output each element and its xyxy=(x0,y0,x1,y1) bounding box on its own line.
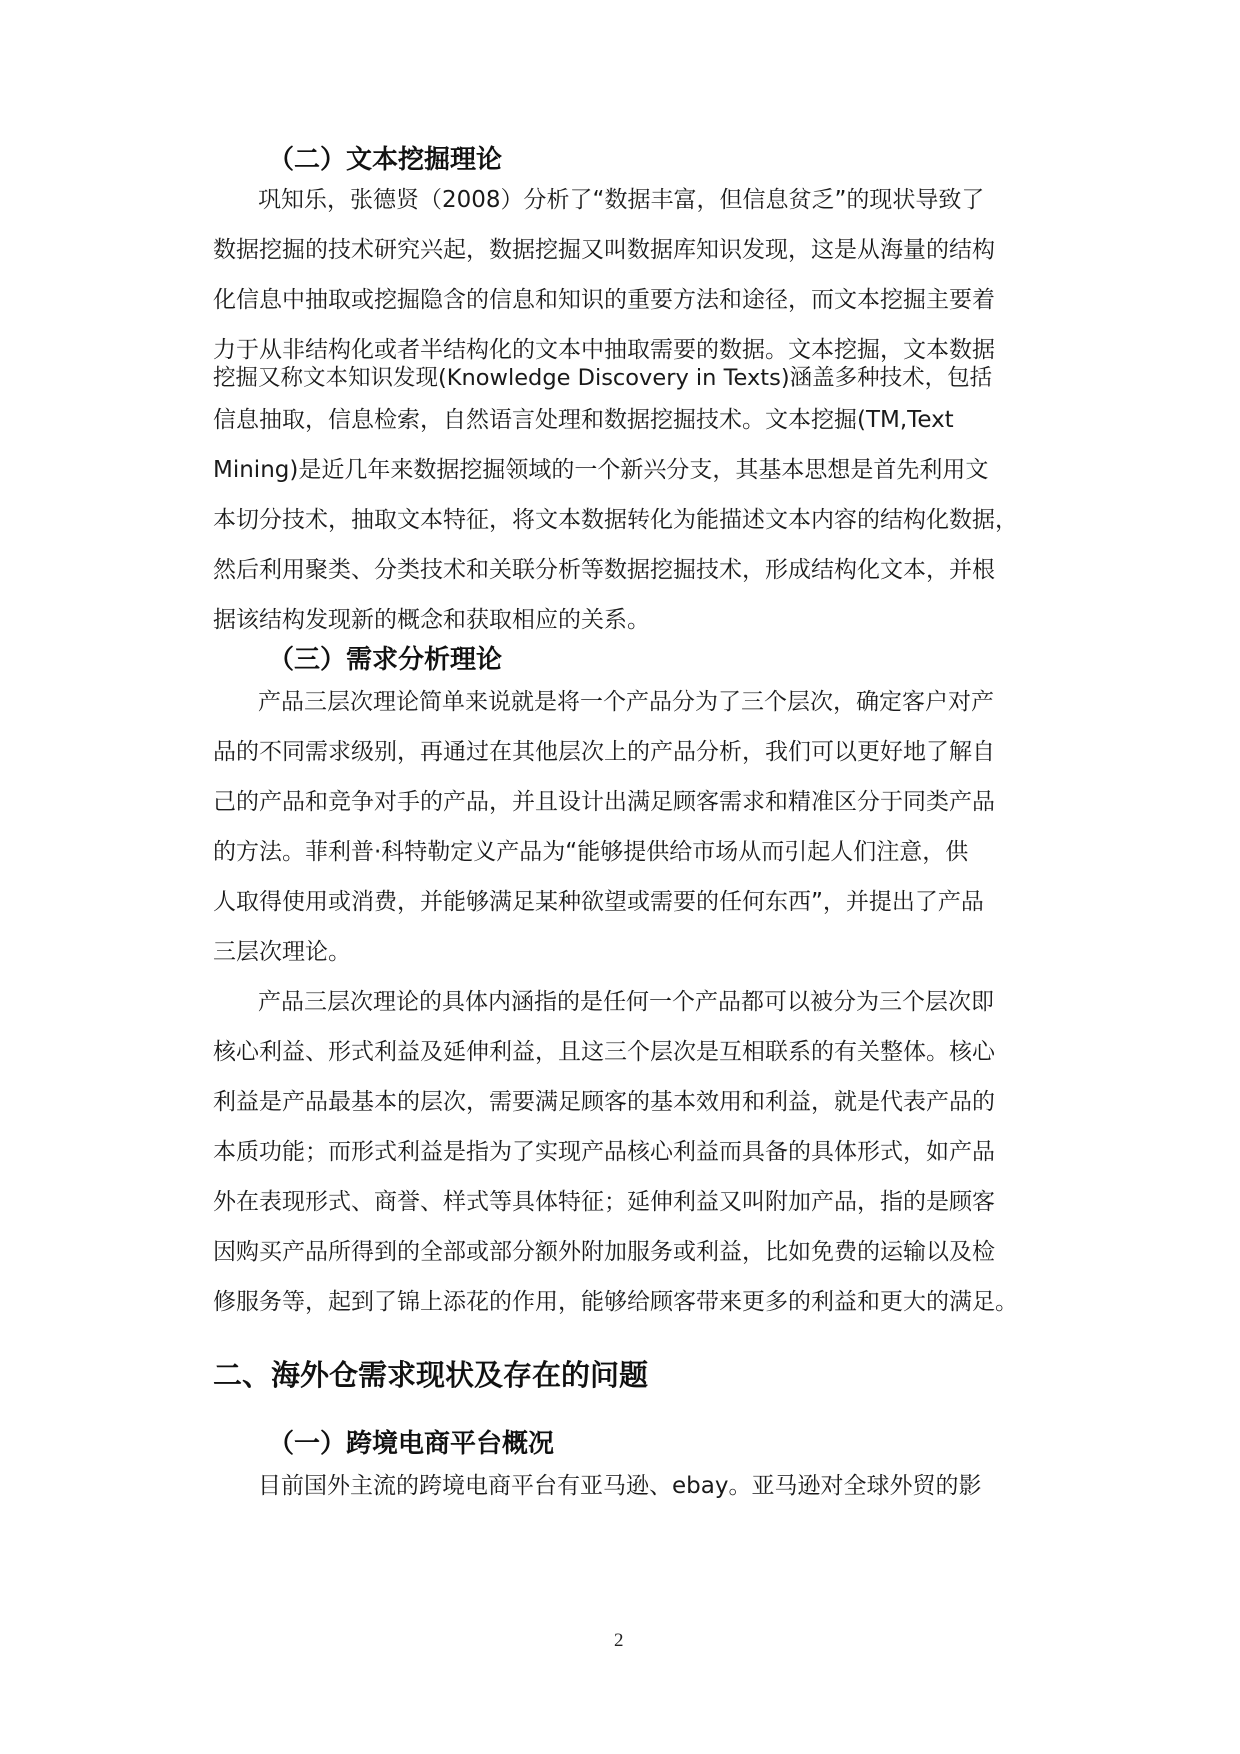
paragraph-line: 外在表现形式、商誉、样式等具体特征；延伸利益又叫附加产品，指的是顾客 xyxy=(213,1188,995,1216)
paragraph-line: 目前国外主流的跨境电商平台有亚马逊、ebay。亚马逊对全球外贸的影 xyxy=(258,1472,981,1500)
paragraph-line: 然后利用聚类、分类技术和关联分析等数据挖掘技术，形成结构化文本，并根 xyxy=(213,556,995,584)
paragraph-line: Mining)是近几年来数据挖掘领域的一个新兴分支，其基本思想是首先利用文 xyxy=(213,456,988,484)
paragraph-line: 三层次理论。 xyxy=(213,938,351,966)
paragraph-line: 核心利益、形式利益及延伸利益，且这三个层次是互相联系的有关整体。核心 xyxy=(213,1038,995,1066)
paragraph-line: 力于从非结构化或者半结构化的文本中抽取需要的数据。文本挖掘，文本数据 xyxy=(213,336,995,364)
paragraph-line: 的方法。菲利普·科特勒定义产品为“能够提供给市场从而引起人们注意，供 xyxy=(213,838,968,866)
section-heading-demand-analysis: （三）需求分析理论 xyxy=(268,644,502,676)
paragraph-line: 品的不同需求级别，再通过在其他层次上的产品分析，我们可以更好地了解自 xyxy=(213,738,995,766)
paragraph-line: 人取得使用或消费，并能够满足某种欲望或需要的任何东西”，并提出了产品 xyxy=(213,888,984,916)
paragraph-line: 数据挖掘的技术研究兴起，数据挖掘又叫数据库知识发现，这是从海量的结构 xyxy=(213,236,995,264)
paragraph-line: 产品三层次理论简单来说就是将一个产品分为了三个层次，确定客户对产 xyxy=(258,688,994,716)
paragraph-line: 因购买产品所得到的全部或部分额外附加服务或利益，比如免费的运输以及检 xyxy=(213,1238,995,1266)
page-number: 2 xyxy=(614,1630,624,1652)
paragraph-line: 产品三层次理论的具体内涵指的是任何一个产品都可以被分为三个层次即 xyxy=(258,988,994,1016)
paragraph-line: 本切分技术，抽取文本特征，将文本数据转化为能描述文本内容的结构化数据， xyxy=(213,506,1018,534)
paragraph-line: 利益是产品最基本的层次，需要满足顾客的基本效用和利益，就是代表产品的 xyxy=(213,1088,995,1116)
paragraph-line: 修服务等，起到了锦上添花的作用，能够给顾客带来更多的利益和更大的满足。 xyxy=(213,1288,1018,1316)
chapter-heading: 二、海外仓需求现状及存在的问题 xyxy=(213,1358,648,1392)
paragraph-line: 己的产品和竞争对手的产品，并且设计出满足顾客需求和精准区分于同类产品 xyxy=(213,788,995,816)
section-heading-text-mining: （二）文本挖掘理论 xyxy=(268,144,502,176)
paragraph-line: 巩知乐，张德贤（2008）分析了“数据丰富，但信息贫乏”的现状导致了 xyxy=(258,186,984,214)
document-page: （二）文本挖掘理论 巩知乐，张德贤（2008）分析了“数据丰富，但信息贫乏”的现… xyxy=(0,0,1240,1754)
section-heading-platforms: （一）跨境电商平台概况 xyxy=(268,1428,554,1460)
paragraph-line: 挖掘又称文本知识发现(Knowledge Discovery in Texts)… xyxy=(213,364,992,392)
paragraph-line: 信息抽取，信息检索，自然语言处理和数据挖掘技术。文本挖掘(TM,Text xyxy=(213,406,954,434)
paragraph-line: 本质功能；而形式利益是指为了实现产品核心利益而具备的具体形式，如产品 xyxy=(213,1138,995,1166)
paragraph-line: 据该结构发现新的概念和获取相应的关系。 xyxy=(213,606,650,634)
paragraph-line: 化信息中抽取或挖掘隐含的信息和知识的重要方法和途径，而文本挖掘主要着 xyxy=(213,286,995,314)
